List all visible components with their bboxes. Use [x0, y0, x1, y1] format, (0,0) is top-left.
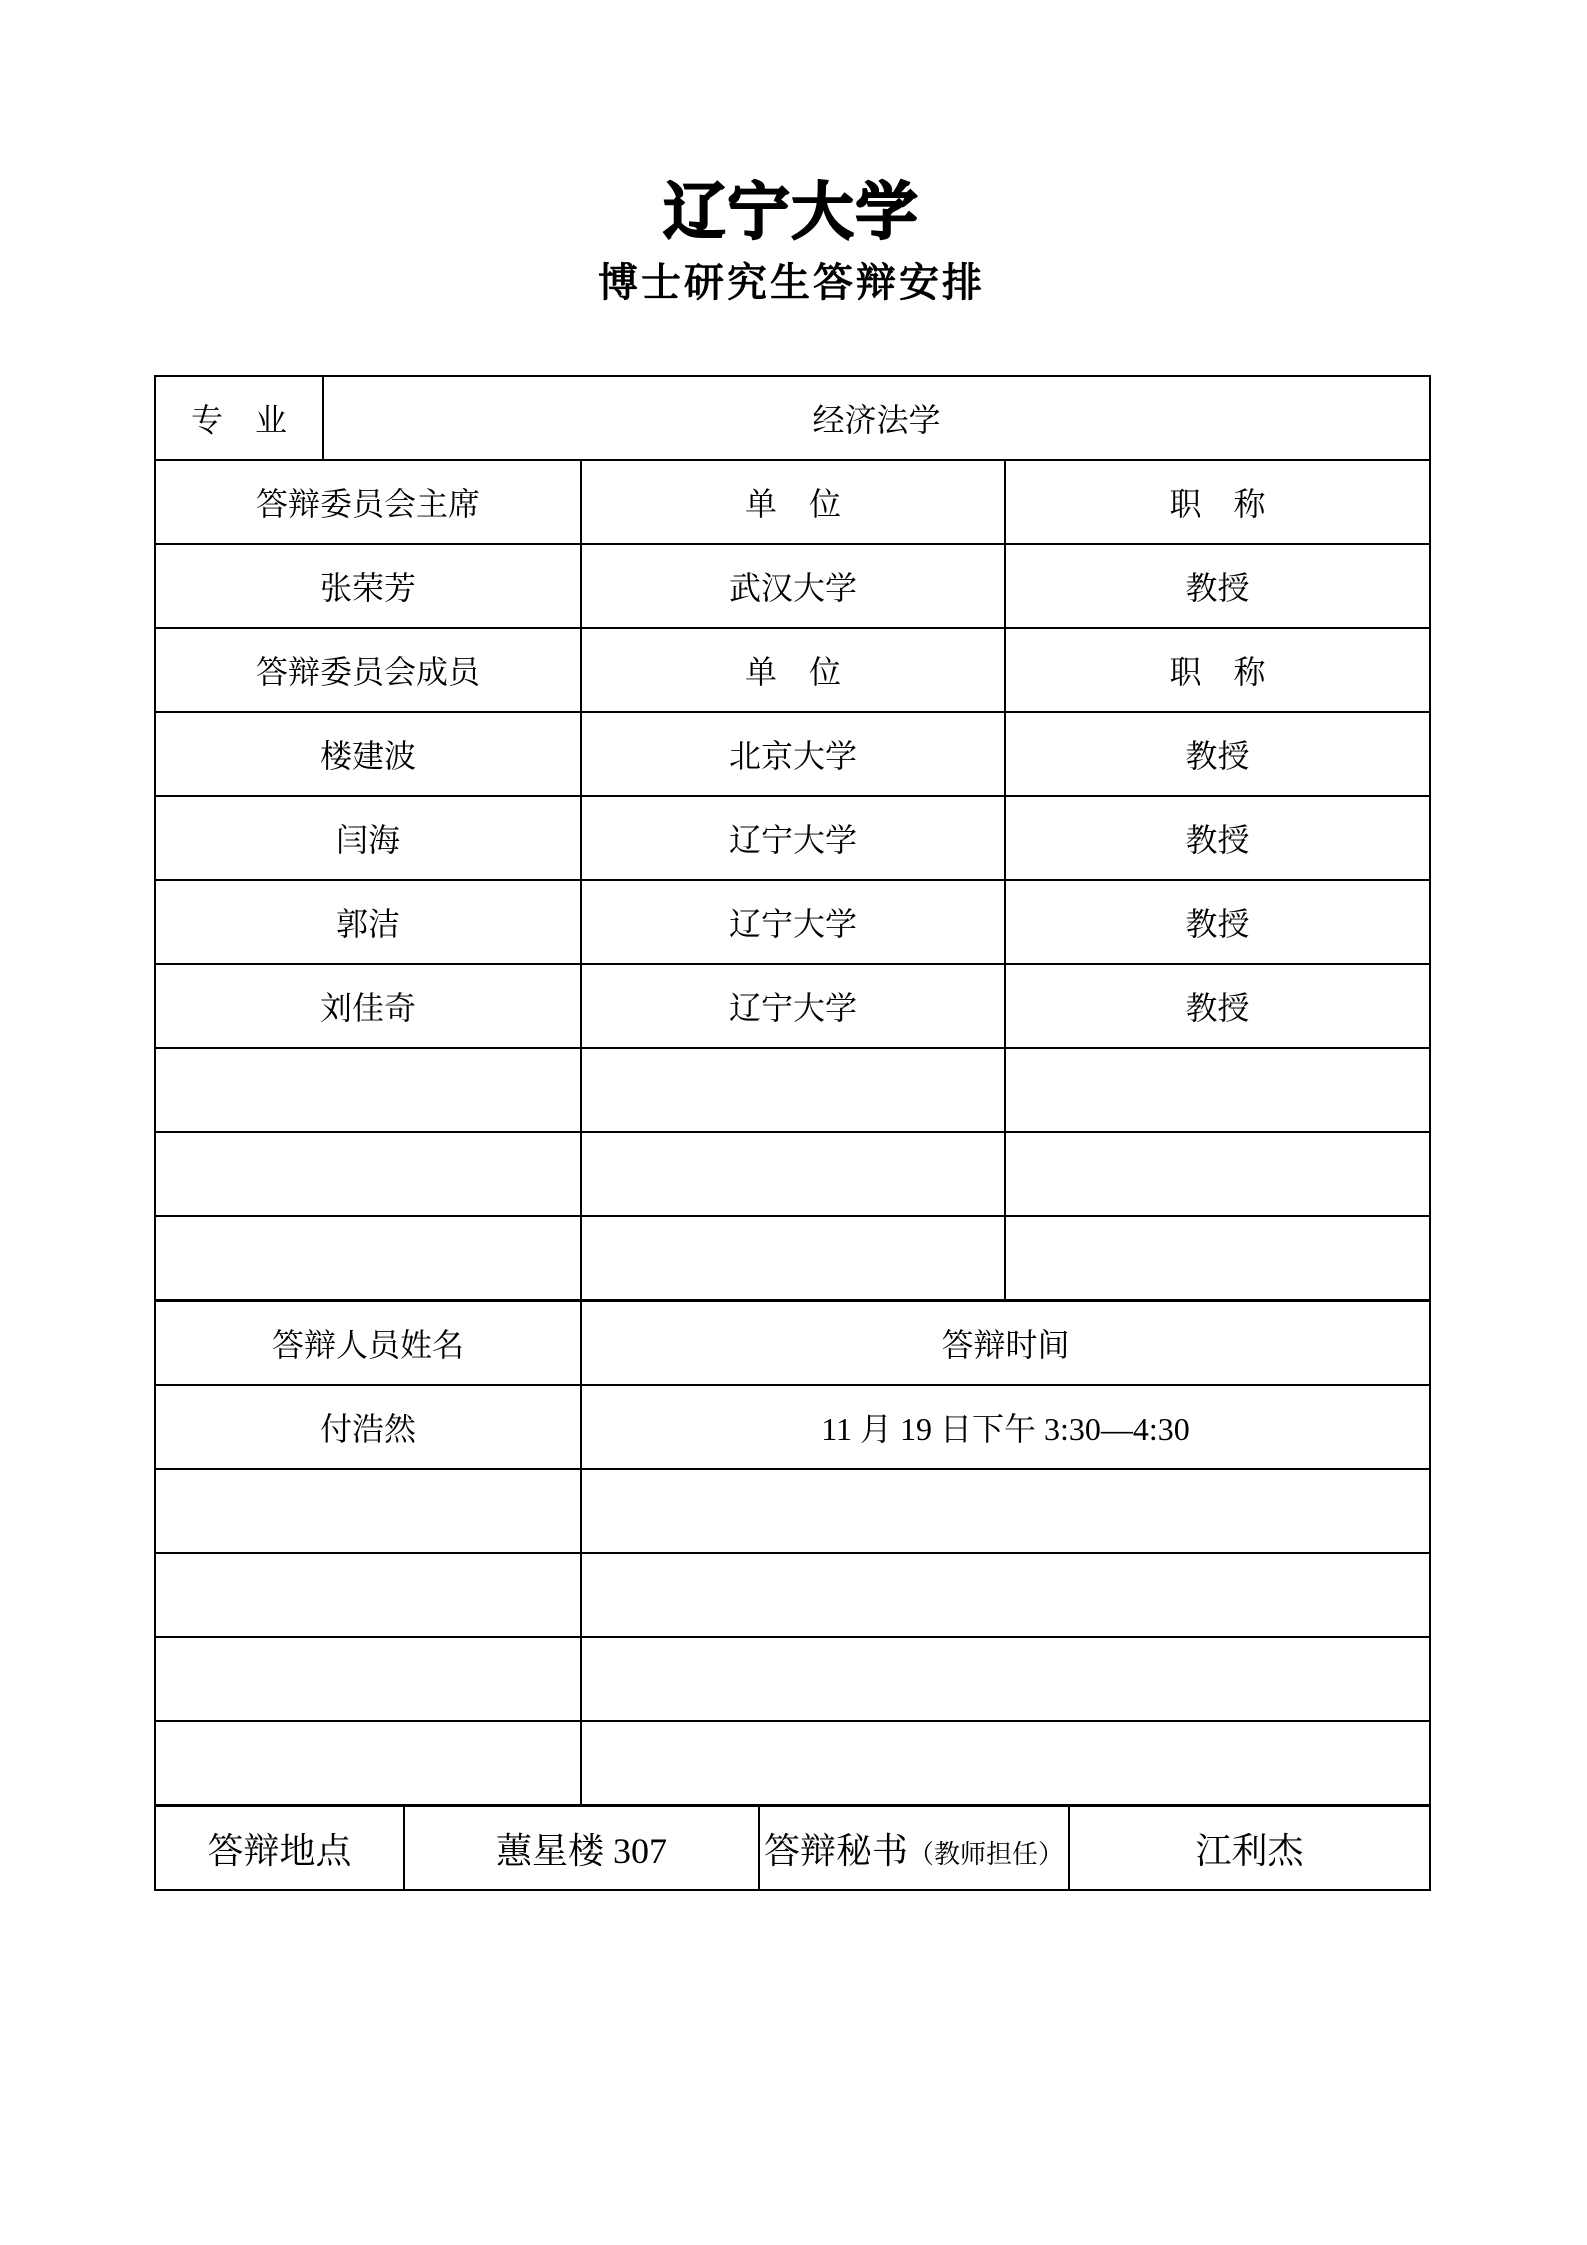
member-header-unit: 单 位: [581, 628, 1005, 712]
chair-unit: 武汉大学: [581, 544, 1005, 628]
member-row: 闫海 辽宁大学 教授: [155, 796, 1430, 880]
member-5-title: [1005, 1048, 1430, 1132]
member-row-empty: [155, 1132, 1430, 1216]
chair-title: 教授: [1005, 544, 1430, 628]
member-row-empty: [155, 1216, 1430, 1301]
member-5-unit: [581, 1048, 1005, 1132]
page-title: 辽宁大学: [154, 0, 1429, 244]
defense-5-name: [155, 1721, 581, 1806]
defense-row-empty: [155, 1721, 1430, 1806]
defense-4-name: [155, 1637, 581, 1721]
member-6-title: [1005, 1132, 1430, 1216]
footer-row: 答辩地点 蕙星楼 307 答辩秘书（教师担任） 江利杰: [155, 1806, 1430, 1891]
location-label: 答辩地点: [155, 1806, 404, 1891]
defense-header-time: 答辩时间: [581, 1301, 1430, 1386]
member-header-title: 职 称: [1005, 628, 1430, 712]
member-row: 刘佳奇 辽宁大学 教授: [155, 964, 1430, 1048]
defense-row-empty: [155, 1553, 1430, 1637]
location-value: 蕙星楼 307: [404, 1806, 759, 1891]
chair-header-unit: 单 位: [581, 460, 1005, 544]
secretary-label: 答辩秘书: [764, 1831, 908, 1871]
defense-3-name: [155, 1553, 581, 1637]
defense-1-name: 付浩然: [155, 1385, 581, 1469]
member-row-empty: [155, 1048, 1430, 1132]
member-2-name: 闫海: [155, 796, 581, 880]
member-3-title: 教授: [1005, 880, 1430, 964]
defense-1-time: 11 月 19 日下午 3:30—4:30: [581, 1385, 1430, 1469]
member-6-unit: [581, 1132, 1005, 1216]
member-4-name: 刘佳奇: [155, 964, 581, 1048]
member-2-unit: 辽宁大学: [581, 796, 1005, 880]
defense-2-time: [581, 1469, 1430, 1553]
chair-header-row: 答辩委员会主席 单 位 职 称: [155, 460, 1430, 544]
chair-header-title: 职 称: [1005, 460, 1430, 544]
defense-header-name: 答辩人员姓名: [155, 1301, 581, 1386]
defense-row-empty: [155, 1637, 1430, 1721]
member-7-unit: [581, 1216, 1005, 1301]
member-7-name: [155, 1216, 581, 1301]
member-header-role: 答辩委员会成员: [155, 628, 581, 712]
member-1-title: 教授: [1005, 712, 1430, 796]
member-3-name: 郭洁: [155, 880, 581, 964]
member-row: 楼建波 北京大学 教授: [155, 712, 1430, 796]
member-4-title: 教授: [1005, 964, 1430, 1048]
defense-4-time: [581, 1637, 1430, 1721]
member-3-unit: 辽宁大学: [581, 880, 1005, 964]
document-page: 辽宁大学 博士研究生答辩安排 专 业 经济法学 答辩委员会主席 单 位 职 称 …: [154, 0, 1429, 1891]
member-5-name: [155, 1048, 581, 1132]
member-header-row: 答辩委员会成员 单 位 职 称: [155, 628, 1430, 712]
secretary-name: 江利杰: [1069, 1806, 1430, 1891]
major-row: 专 业 经济法学: [155, 376, 1430, 460]
member-6-name: [155, 1132, 581, 1216]
major-value: 经济法学: [323, 376, 1430, 460]
member-1-unit: 北京大学: [581, 712, 1005, 796]
defense-5-time: [581, 1721, 1430, 1806]
member-2-title: 教授: [1005, 796, 1430, 880]
member-7-title: [1005, 1216, 1430, 1301]
secretary-note: （教师担任）: [908, 1840, 1064, 1869]
member-row: 郭洁 辽宁大学 教授: [155, 880, 1430, 964]
defense-2-name: [155, 1469, 581, 1553]
defense-header-row: 答辩人员姓名 答辩时间: [155, 1301, 1430, 1386]
defense-schedule-table: 专 业 经济法学 答辩委员会主席 单 位 职 称 张荣芳 武汉大学 教授 答辩委…: [154, 375, 1431, 1891]
major-label: 专 业: [155, 376, 323, 460]
page-subtitle: 博士研究生答辩安排: [154, 260, 1429, 306]
chair-header-role: 答辩委员会主席: [155, 460, 581, 544]
member-1-name: 楼建波: [155, 712, 581, 796]
chair-name: 张荣芳: [155, 544, 581, 628]
member-4-unit: 辽宁大学: [581, 964, 1005, 1048]
chair-row: 张荣芳 武汉大学 教授: [155, 544, 1430, 628]
defense-row-empty: [155, 1469, 1430, 1553]
defense-row: 付浩然 11 月 19 日下午 3:30—4:30: [155, 1385, 1430, 1469]
secretary-label-cell: 答辩秘书（教师担任）: [759, 1806, 1069, 1891]
defense-3-time: [581, 1553, 1430, 1637]
